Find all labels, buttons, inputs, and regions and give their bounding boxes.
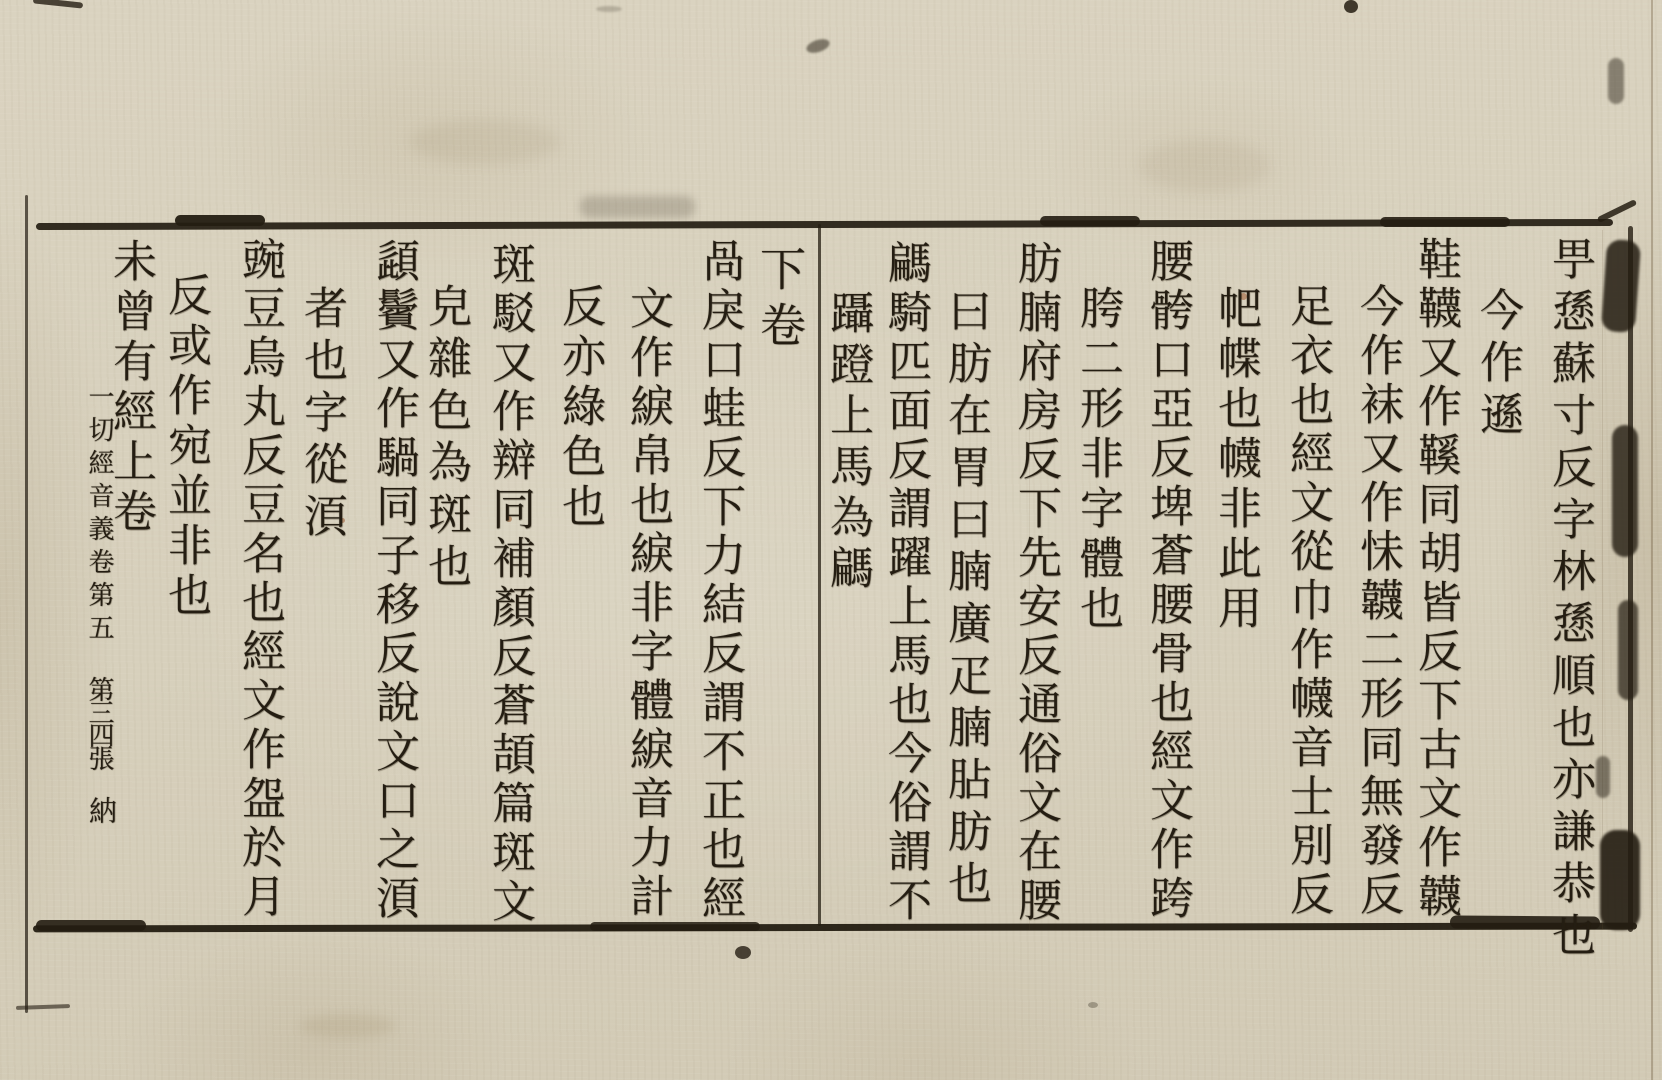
top-border-rule-end-hook xyxy=(1597,199,1637,223)
continuation-column: 反或作宛並非也 xyxy=(163,272,207,622)
entry-column: 頿鬢又作騧同子移反說文口之湏 xyxy=(371,238,415,924)
right-paper-crease xyxy=(1651,0,1653,1080)
entry-column: 鞋韈又作鞵同胡皆反下古文作韤 xyxy=(1413,236,1457,922)
continuation-column: 今作袜又作怽韤二形同無發反 xyxy=(1355,283,1399,920)
ink-blotch xyxy=(1612,425,1638,557)
left-page-edge-bottom-tick xyxy=(16,1004,70,1010)
section-divider-line xyxy=(818,224,821,926)
left-page-edge-line xyxy=(25,195,28,1013)
continuation-column: 帊幉也幭非此用 xyxy=(1213,285,1257,635)
entry-column: 斑駁又作辬同補顏反蒼頡篇斑文 xyxy=(487,241,531,927)
paper-stain xyxy=(410,120,560,164)
paper-speck xyxy=(805,37,832,56)
volume-section-header: 下卷 xyxy=(756,245,802,357)
entry-column: 豌豆烏丸反豆名也經文作盌於月 xyxy=(237,236,281,922)
continuation-column: 反亦綠色也 xyxy=(557,283,601,533)
paper-stain xyxy=(300,1014,395,1038)
manuscript-page: 甼愻蘇寸反字林愻順也亦謙恭也今作遜鞋韈又作鞵同胡皆反下古文作韤今作袜又作怽韤二形… xyxy=(0,0,1662,1080)
top-left-corner-mark xyxy=(33,0,83,9)
top-border-rule xyxy=(36,219,1613,230)
bottom-border-rule xyxy=(33,923,1637,933)
entry-column: 肪腩府房反下先安反通俗文在腰 xyxy=(1013,240,1057,926)
continuation-column: 曰肪在胃曰腩廣疋腩胋肪也 xyxy=(943,288,987,912)
ink-blotch xyxy=(1596,756,1610,798)
ink-smudge xyxy=(580,196,695,218)
paper-speck xyxy=(735,946,751,959)
colophon-column: 第三四張 xyxy=(86,676,112,768)
paper-speck xyxy=(1088,1002,1098,1008)
ink-blotch xyxy=(1601,239,1641,333)
entry-column: 腰骻口亞反埤蒼腰骨也經文作跨 xyxy=(1145,238,1189,924)
continuation-column: 皃雜色為斑也 xyxy=(423,283,467,595)
bottom-border-rule-thick-segment xyxy=(36,920,146,931)
colophon-column: 納 xyxy=(86,796,114,826)
paper-speck xyxy=(596,6,622,12)
top-border-rule-thick-segment xyxy=(1380,217,1510,227)
paper-speck xyxy=(1344,0,1358,13)
top-border-rule-thick-segment xyxy=(1040,216,1140,226)
ink-blotch xyxy=(1618,600,1638,700)
sutra-title-column: 未曾有經上卷 xyxy=(108,238,152,538)
ink-blotch xyxy=(1608,58,1624,104)
paper-stain xyxy=(1140,140,1270,192)
colophon-column: 一切經音義卷第五 xyxy=(86,383,112,647)
right-paper-crease-faint xyxy=(1602,230,1603,930)
continuation-column: 胯二形非字體也 xyxy=(1075,285,1119,635)
right-frame-line xyxy=(1628,226,1633,932)
entry-column: 咼戾口蛙反下力結反謂不正也經 xyxy=(697,238,741,924)
entry-column: 騗騎匹面反謂躍上馬也今俗謂不 xyxy=(883,240,927,926)
entry-column: 甼愻蘇寸反字林愻順也亦謙恭也 xyxy=(1547,236,1591,964)
continuation-column: 文作綟帛也綟非字體綟音力計 xyxy=(625,285,669,922)
continuation-column: 者也字從湏 xyxy=(299,285,343,545)
continuation-column: 今作遜 xyxy=(1475,287,1519,443)
continuation-column: 足衣也經文從巾作幭音士別反 xyxy=(1285,283,1329,920)
continuation-column: 躡蹬上馬為騗 xyxy=(825,290,869,596)
top-border-rule-thick-segment xyxy=(175,215,265,226)
ink-blotch xyxy=(1600,830,1640,930)
